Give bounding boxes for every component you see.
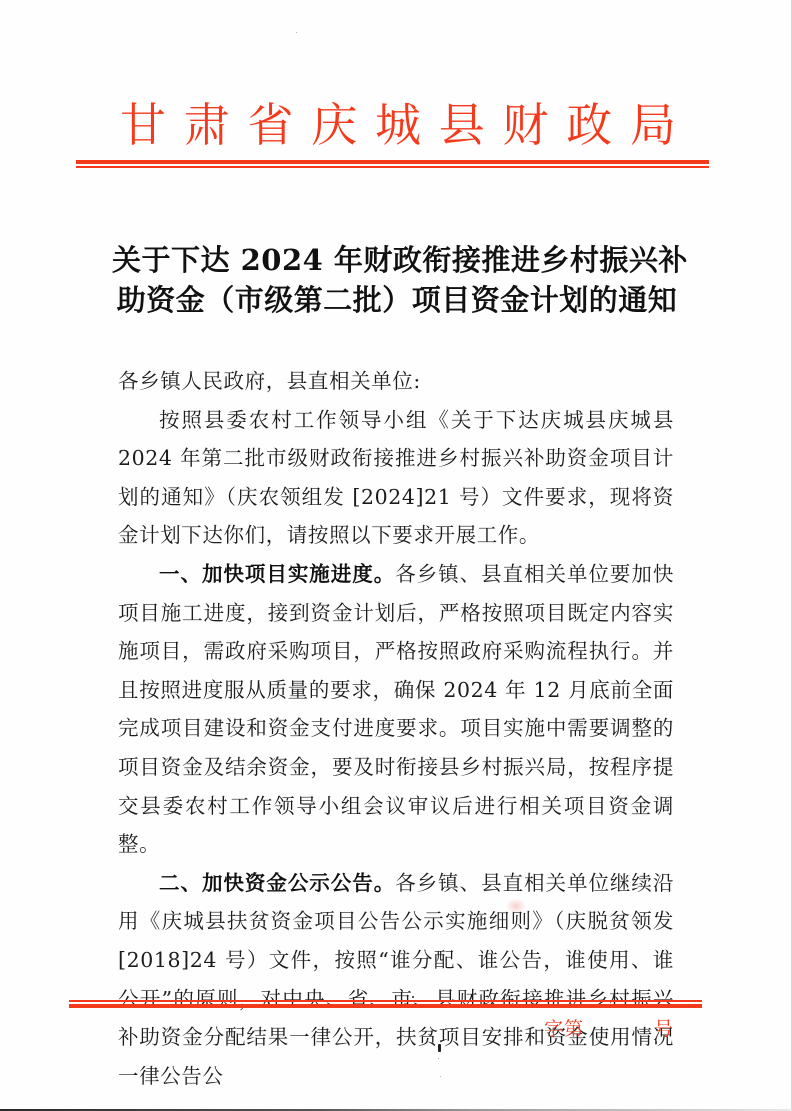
scan-speck [412, 996, 414, 998]
letterhead-char: 肃 [182, 98, 232, 152]
scan-speck [440, 1076, 441, 1077]
section-1-paragraph: 一、加快项目实施进度。各乡镇、县直相关单位要加快项目施工进度，接到资金计划后，严… [118, 555, 674, 864]
intro-paragraph: 按照县委农村工作领导小组《关于下达庆城县庆城县 2024 年第二批市级财政衔接推… [118, 401, 674, 555]
doc-number-suffix: 号 [654, 1016, 673, 1042]
footer-divider-thin [69, 1000, 702, 1002]
salutation: 各乡镇人民政府，县直相关单位: [118, 362, 674, 401]
section-2-paragraph: 二、加快资金公示公告。各乡镇、县直相关单位继续沿用《庆城县扶贫资金项目公告公示实… [118, 864, 674, 1096]
scan-speck [296, 32, 297, 33]
section-1-heading: 一、加快项目实施进度。 [159, 562, 395, 586]
stamp-bleed-mark [506, 898, 526, 914]
letterhead-char: 局 [628, 98, 678, 152]
title-line-2: 助资金（市级第二批）项目资金计划的通知 [112, 280, 682, 320]
section-2-heading: 二、加快资金公示公告。 [159, 871, 395, 895]
letterhead-divider-thick [76, 160, 709, 164]
letterhead-char: 县 [437, 98, 487, 152]
document-title: 关于下达 2024 年财政衔接推进乡村振兴补 助资金（市级第二批）项目资金计划的… [112, 240, 682, 320]
footer-divider-thick [69, 1004, 702, 1008]
letterhead-char: 城 [373, 98, 423, 152]
doc-number-prefix: 字第 [544, 1016, 584, 1042]
letterhead-char: 财 [501, 98, 551, 152]
letterhead-char: 庆 [309, 98, 359, 152]
letterhead-org-name: 甘 肃 省 庆 城 县 财 政 局 [118, 98, 678, 152]
letterhead-divider-thin [76, 166, 709, 168]
title-line-1: 关于下达 2024 年财政衔接推进乡村振兴补 [112, 240, 682, 280]
scan-speck [438, 1044, 441, 1052]
letterhead-char: 甘 [118, 98, 168, 152]
scan-speck [438, 1058, 439, 1059]
section-2-text: 各乡镇、县直相关单位继续沿用《庆城县扶贫资金项目公告公示实施细则》（庆脱贫领发[… [118, 871, 674, 1088]
section-1-text: 各乡镇、县直相关单位要加快项目施工进度，接到资金计划后，严格按照项目既定内容实施… [118, 562, 674, 856]
document-page: 甘 肃 省 庆 城 县 财 政 局 关于下达 2024 年财政衔接推进乡村振兴补… [0, 0, 792, 1111]
document-body: 各乡镇人民政府，县直相关单位: 按照县委农村工作领导小组《关于下达庆城县庆城县 … [118, 362, 674, 1095]
letterhead-char: 政 [564, 98, 614, 152]
letterhead-char: 省 [246, 98, 296, 152]
